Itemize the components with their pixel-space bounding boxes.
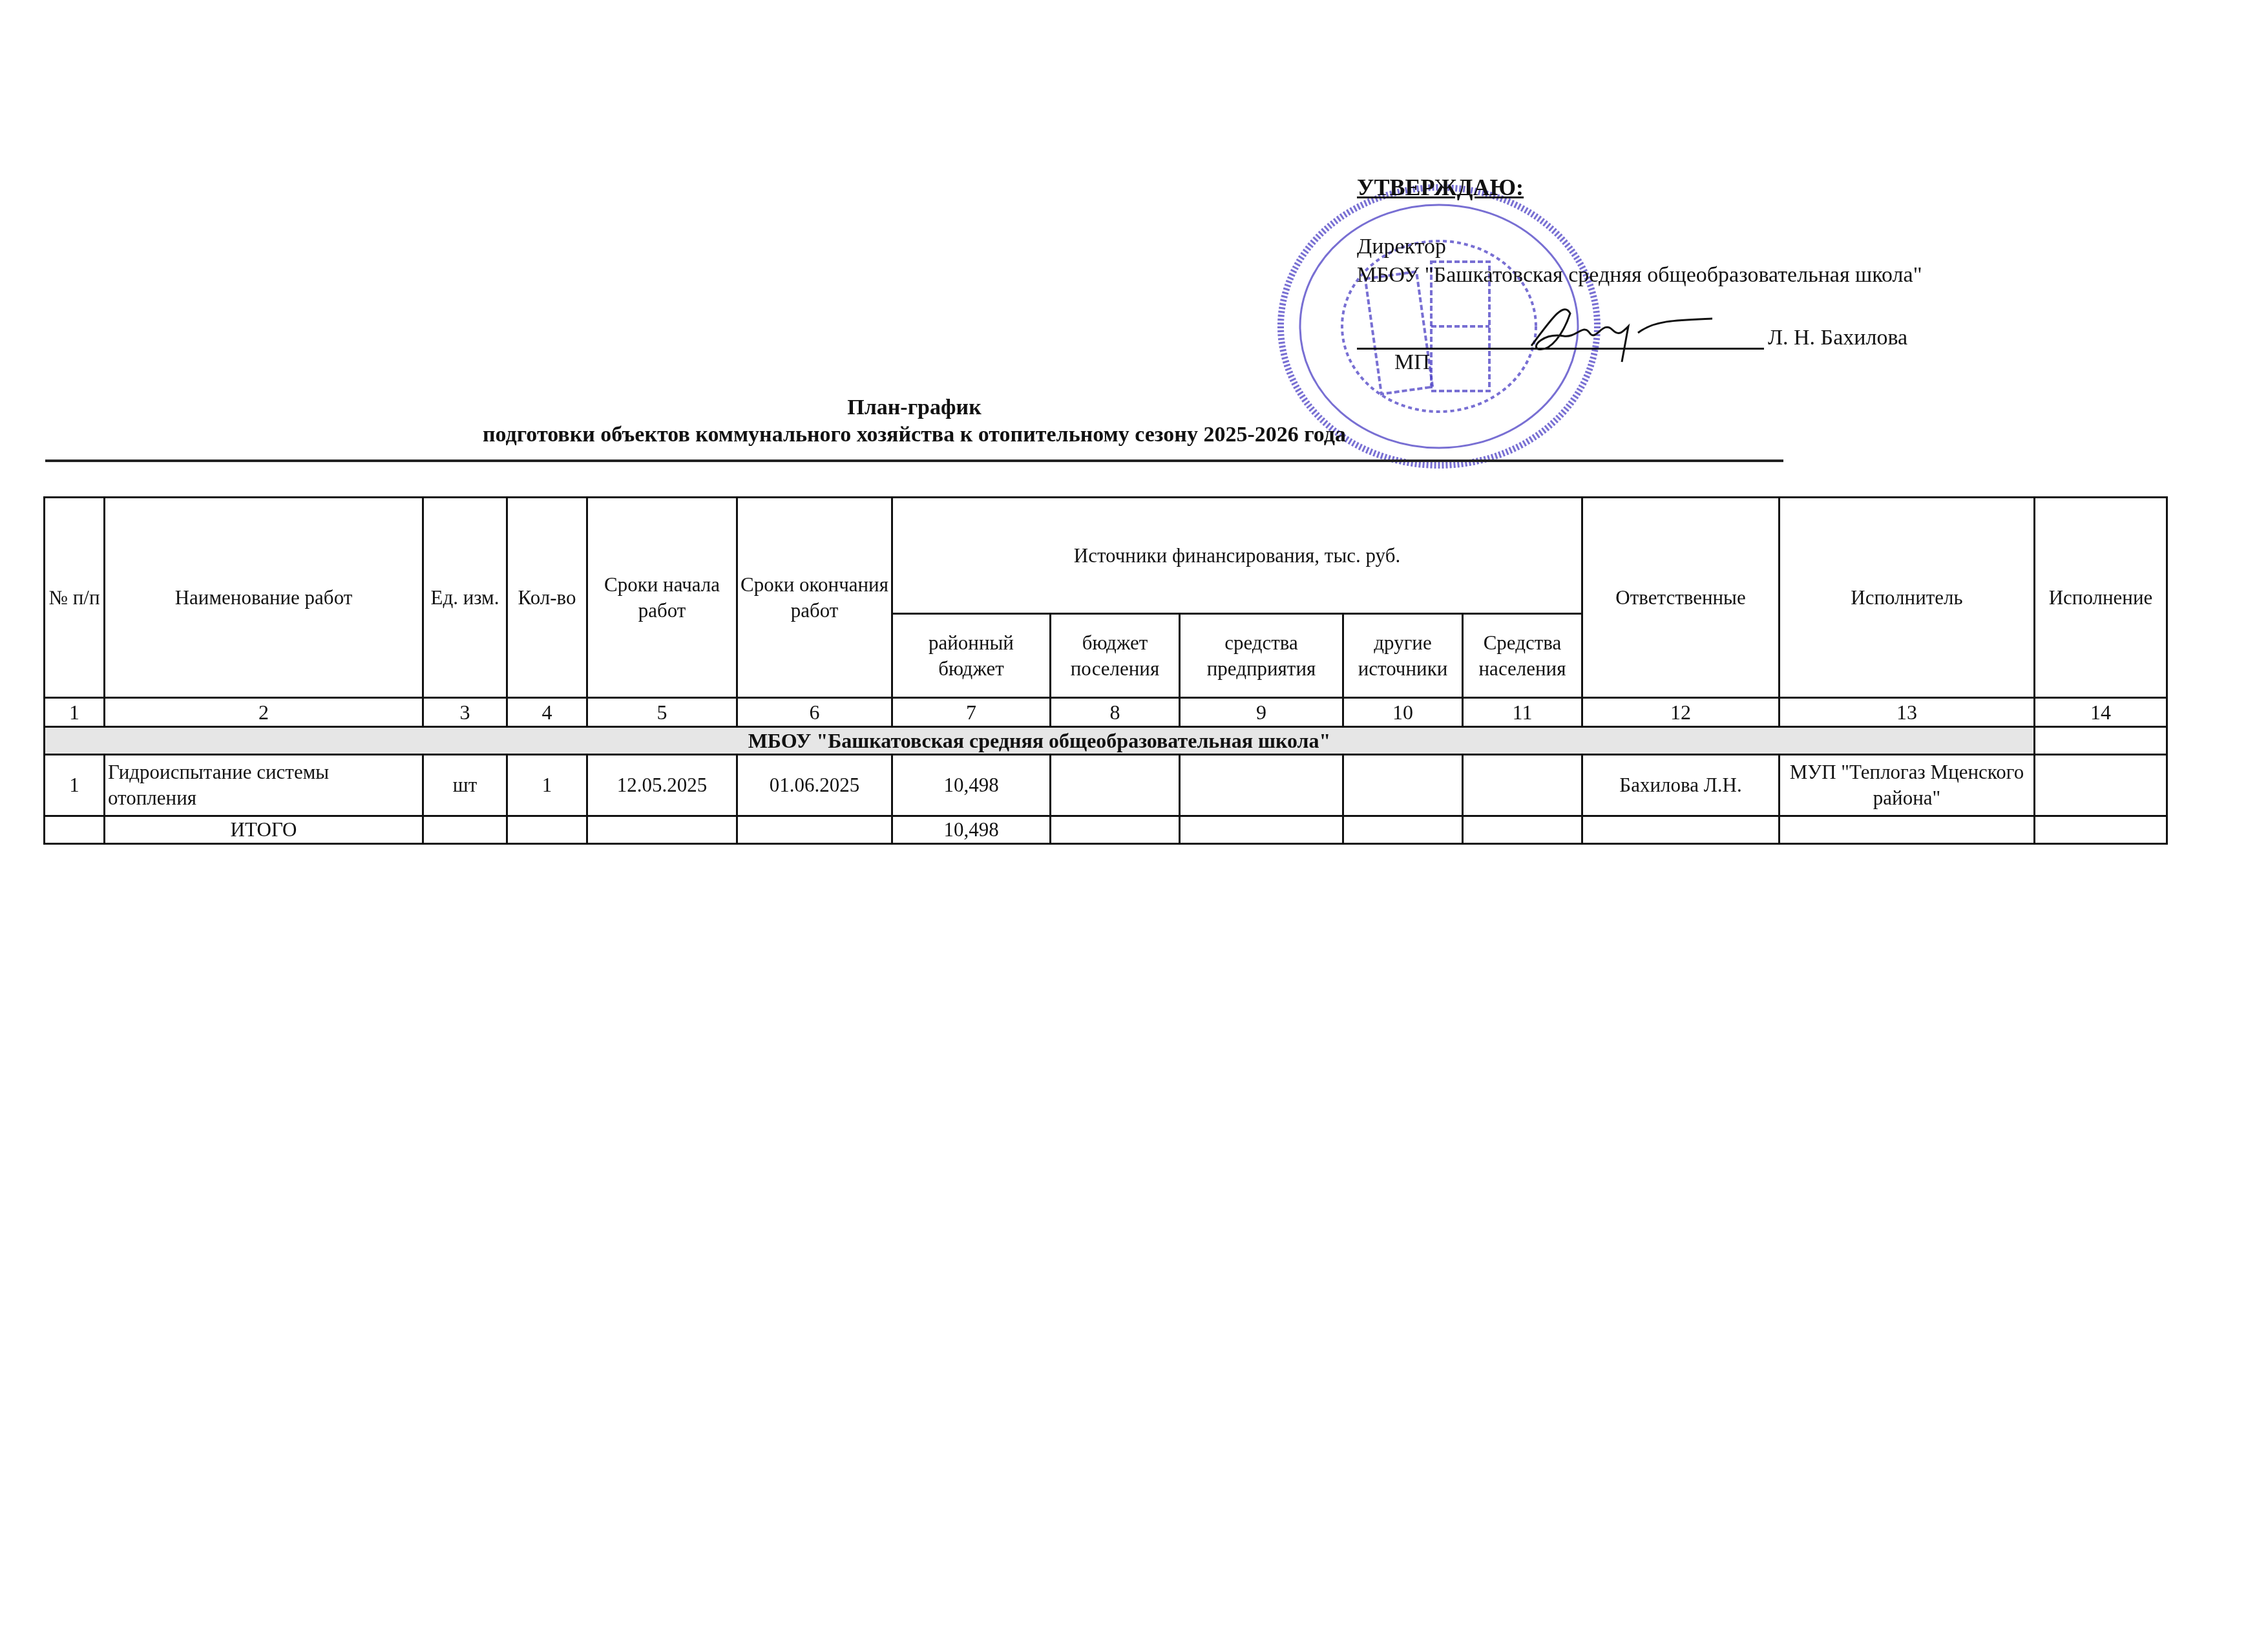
approval-heading: УТВЕРЖДАЮ:: [1357, 173, 1922, 202]
column-number: 8: [1051, 698, 1180, 727]
cell-start: 12.05.2025: [587, 755, 737, 816]
header-responsible: Ответственные: [1582, 498, 1780, 698]
table-row: 1 Гидроиспытание системы отопления шт 1 …: [45, 755, 2167, 816]
header-qty: Кол-во: [507, 498, 587, 698]
signature-row: Л. Н. Бахилова: [1357, 323, 1913, 352]
cell-executor: МУП "Теплогаз Мценского района": [1780, 755, 2035, 816]
cell-district-budget: 10,498: [892, 755, 1051, 816]
column-number: 6: [737, 698, 892, 727]
column-number: 11: [1463, 698, 1582, 727]
cell-end: 01.06.2025: [737, 755, 892, 816]
cell-responsible: Бахилова Л.Н.: [1582, 755, 1780, 816]
total-empty: [587, 816, 737, 844]
total-empty: [45, 816, 105, 844]
total-empty: [1051, 816, 1180, 844]
approval-position: Директор: [1357, 233, 1922, 261]
cell-enterprise-funds: [1180, 755, 1343, 816]
header-settlement-budget: бюджет поселения: [1051, 614, 1180, 698]
header-end: Сроки окончания работ: [737, 498, 892, 698]
column-number-row: 1 2 3 4 5 6 7 8 9 10 11 12 13 14: [45, 698, 2167, 727]
plan-table: № п/п Наименование работ Ед. изм. Кол-во…: [43, 496, 2168, 845]
header-enterprise-funds: средства предприятия: [1180, 614, 1343, 698]
signatory-name: Л. Н. Бахилова: [1768, 326, 1907, 350]
document-subtitle: подготовки объектов коммунального хозяйс…: [45, 421, 1783, 449]
header-executor: Исполнитель: [1780, 498, 2035, 698]
column-number: 13: [1780, 698, 2035, 727]
header-funding: Источники финансирования, тыс. руб.: [892, 498, 1582, 614]
total-empty: [1180, 816, 1343, 844]
section-row: МБОУ "Башкатовская средняя общеобразоват…: [45, 727, 2167, 755]
column-number: 3: [423, 698, 507, 727]
column-number: 5: [587, 698, 737, 727]
total-empty: [1582, 816, 1780, 844]
section-execution-cell: [2035, 727, 2167, 755]
header-other-sources: другие источники: [1343, 614, 1463, 698]
total-empty: [737, 816, 892, 844]
seal-label: МП: [1394, 350, 1430, 375]
column-number: 14: [2035, 698, 2167, 727]
total-empty: [1343, 816, 1463, 844]
cell-population-funds: [1463, 755, 1582, 816]
total-empty: [1463, 816, 1582, 844]
column-number: 10: [1343, 698, 1463, 727]
cell-execution: [2035, 755, 2167, 816]
column-number: 9: [1180, 698, 1343, 727]
cell-unit: шт: [423, 755, 507, 816]
column-number: 12: [1582, 698, 1780, 727]
header-execution: Исполнение: [2035, 498, 2167, 698]
document-title: План-график: [45, 394, 1783, 421]
header-unit: Ед. изм.: [423, 498, 507, 698]
signature-line: [1357, 348, 1764, 350]
cell-name: Гидроиспытание системы отопления: [105, 755, 423, 816]
column-number: 1: [45, 698, 105, 727]
cell-settlement-budget: [1051, 755, 1180, 816]
header-no: № п/п: [45, 498, 105, 698]
column-number: 2: [105, 698, 423, 727]
approval-block: УТВЕРЖДАЮ: Директор МБОУ "Башкатовская с…: [1357, 173, 1922, 290]
header-population-funds: Средства населения: [1463, 614, 1582, 698]
total-empty: [507, 816, 587, 844]
column-number: 4: [507, 698, 587, 727]
cell-other-sources: [1343, 755, 1463, 816]
total-district-budget: 10,498: [892, 816, 1051, 844]
total-empty: [423, 816, 507, 844]
total-empty: [1780, 816, 2035, 844]
section-title: МБОУ "Башкатовская средняя общеобразоват…: [45, 727, 2035, 755]
header-district-budget: районный бюджет: [892, 614, 1051, 698]
cell-qty: 1: [507, 755, 587, 816]
column-number: 7: [892, 698, 1051, 727]
total-empty: [2035, 816, 2167, 844]
total-row: ИТОГО 10,498: [45, 816, 2167, 844]
approval-organization: МБОУ "Башкатовская средняя общеобразоват…: [1357, 261, 1922, 290]
header-start: Сроки начала работ: [587, 498, 737, 698]
cell-no: 1: [45, 755, 105, 816]
document-title-block: План-график подготовки объектов коммунал…: [45, 394, 1783, 449]
header-name: Наименование работ: [105, 498, 423, 698]
total-label: ИТОГО: [105, 816, 423, 844]
title-underline: [45, 460, 1783, 462]
